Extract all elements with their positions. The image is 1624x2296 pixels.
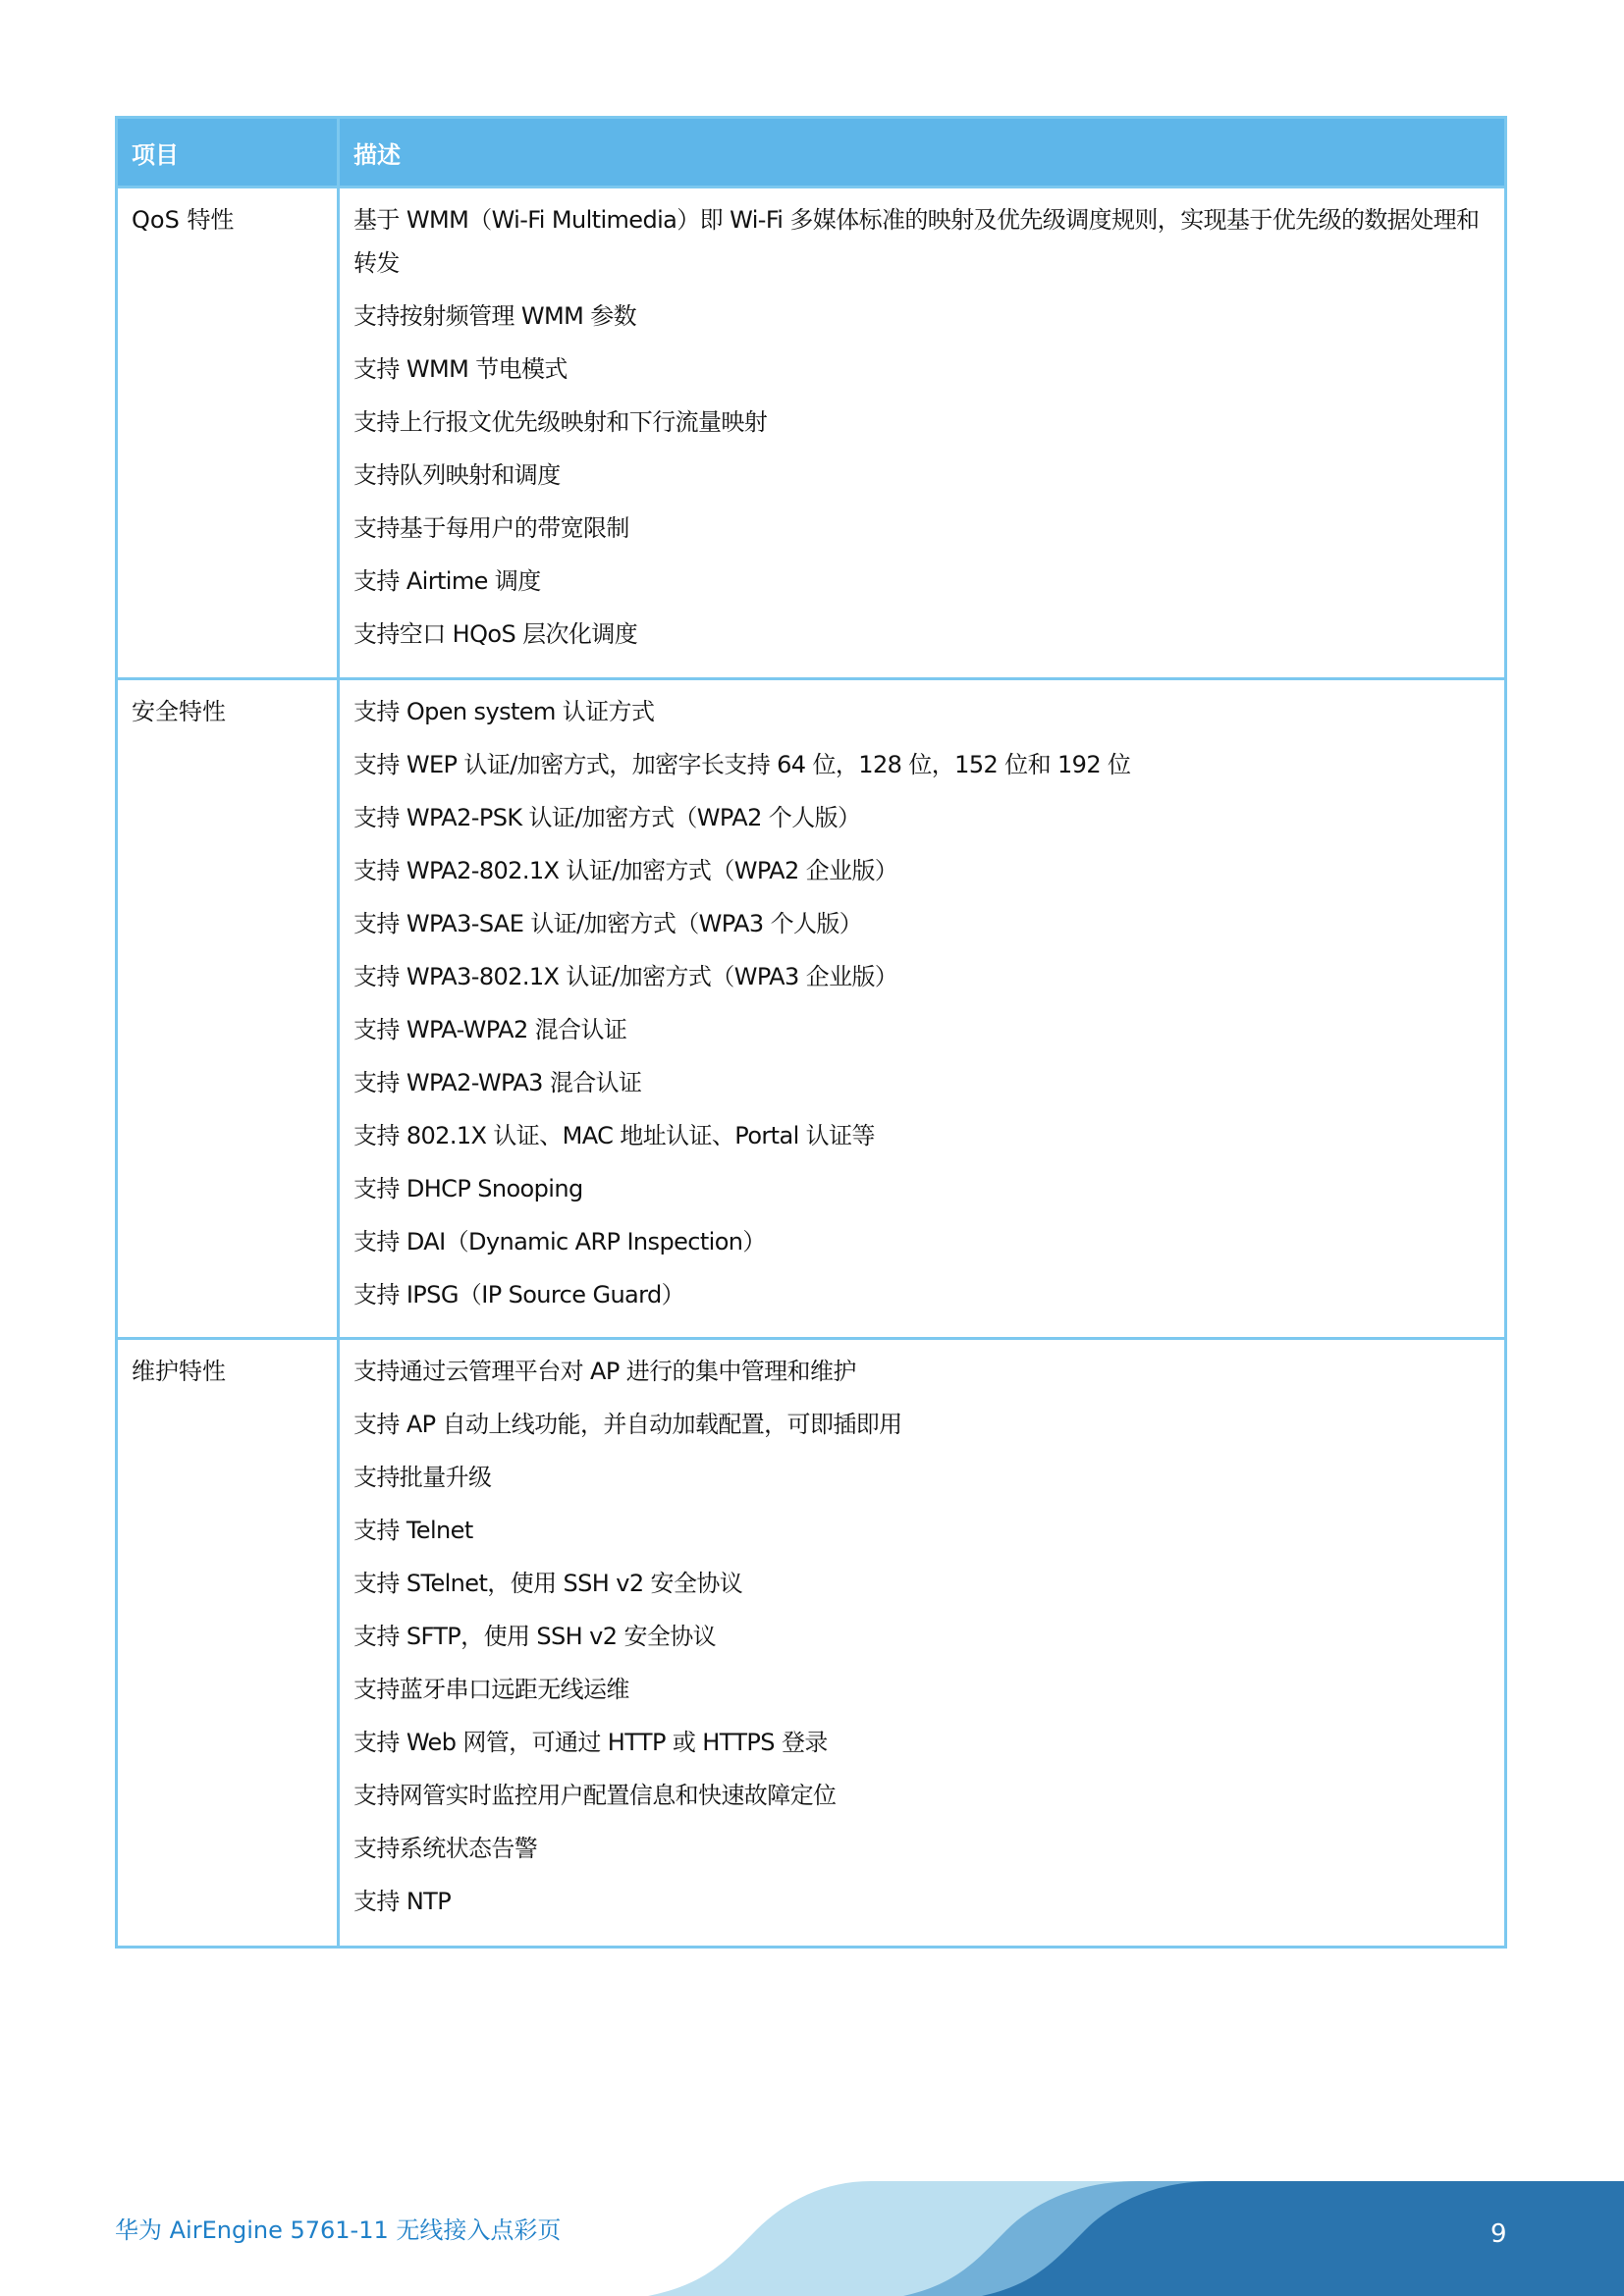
row-label: QoS 特性: [117, 187, 339, 679]
description-line: 支持 DAI（Dynamic ARP Inspection）: [353, 1220, 1490, 1263]
description-line: 支持 WPA2-PSK 认证/加密方式（WPA2 个人版）: [353, 796, 1490, 839]
description-line: 支持基于每用户的带宽限制: [353, 507, 1490, 550]
description-line: 支持 STelnet，使用 SSH v2 安全协议: [353, 1562, 1490, 1605]
description-line: 支持 WPA3-SAE 认证/加密方式（WPA3 个人版）: [353, 902, 1490, 945]
table-row-maintenance: 维护特性 支持通过云管理平台对 AP 进行的集中管理和维护 支持 AP 自动上线…: [117, 1339, 1506, 1948]
description-cell: 支持 Open system 认证方式 支持 WEP 认证/加密方式，加密字长支…: [339, 679, 1506, 1339]
header-item: 项目: [117, 118, 339, 187]
description-line: 支持系统状态告警: [353, 1827, 1490, 1870]
description-line: 支持 Telnet: [353, 1509, 1490, 1552]
row-label: 安全特性: [117, 679, 339, 1339]
description-line: 支持 WPA2-802.1X 认证/加密方式（WPA2 企业版）: [353, 849, 1490, 892]
description-line: 支持 Web 网管，可通过 HTTP 或 HTTPS 登录: [353, 1721, 1490, 1764]
page-number: 9: [1490, 2218, 1507, 2250]
description-line: 支持 AP 自动上线功能，并自动加载配置，可即插即用: [353, 1403, 1490, 1446]
header-description: 描述: [339, 118, 1506, 187]
spec-table: 项目 描述 QoS 特性 基于 WMM（Wi-Fi Multimedia）即 W…: [115, 116, 1507, 1949]
description-line: 支持 NTP: [353, 1880, 1490, 1923]
table-row-security: 安全特性 支持 Open system 认证方式 支持 WEP 认证/加密方式，…: [117, 679, 1506, 1339]
footer-wave-decoration: [0, 2181, 1624, 2296]
description-line: 支持按射频管理 WMM 参数: [353, 294, 1490, 338]
description-line: 支持 IPSG（IP Source Guard）: [353, 1273, 1490, 1316]
description-line: 支持 WEP 认证/加密方式，加密字长支持 64 位，128 位，152 位和 …: [353, 743, 1490, 786]
description-line: 支持 Open system 认证方式: [353, 690, 1490, 733]
description-cell: 支持通过云管理平台对 AP 进行的集中管理和维护 支持 AP 自动上线功能，并自…: [339, 1339, 1506, 1948]
description-line: 基于 WMM（Wi-Fi Multimedia）即 Wi-Fi 多媒体标准的映射…: [353, 198, 1490, 285]
description-line: 支持队列映射和调度: [353, 454, 1490, 497]
description-line: 支持蓝牙串口远距无线运维: [353, 1668, 1490, 1711]
table-header-row: 项目 描述: [117, 118, 1506, 187]
description-line: 支持 WPA-WPA2 混合认证: [353, 1008, 1490, 1051]
description-line: 支持通过云管理平台对 AP 进行的集中管理和维护: [353, 1350, 1490, 1393]
description-line: 支持 SFTP，使用 SSH v2 安全协议: [353, 1615, 1490, 1658]
table-row-qos: QoS 特性 基于 WMM（Wi-Fi Multimedia）即 Wi-Fi 多…: [117, 187, 1506, 679]
description-line: 支持空口 HQoS 层次化调度: [353, 613, 1490, 656]
description-line: 支持上行报文优先级映射和下行流量映射: [353, 400, 1490, 444]
description-line: 支持 Airtime 调度: [353, 560, 1490, 603]
description-line: 支持 DHCP Snooping: [353, 1167, 1490, 1210]
description-line: 支持 802.1X 认证、MAC 地址认证、Portal 认证等: [353, 1114, 1490, 1157]
description-line: 支持 WPA2-WPA3 混合认证: [353, 1061, 1490, 1104]
description-line: 支持批量升级: [353, 1456, 1490, 1499]
description-line: 支持网管实时监控用户配置信息和快速故障定位: [353, 1774, 1490, 1817]
description-line: 支持 WMM 节电模式: [353, 347, 1490, 391]
row-label: 维护特性: [117, 1339, 339, 1948]
description-line: 支持 WPA3-802.1X 认证/加密方式（WPA3 企业版）: [353, 955, 1490, 998]
description-cell: 基于 WMM（Wi-Fi Multimedia）即 Wi-Fi 多媒体标准的映射…: [339, 187, 1506, 679]
